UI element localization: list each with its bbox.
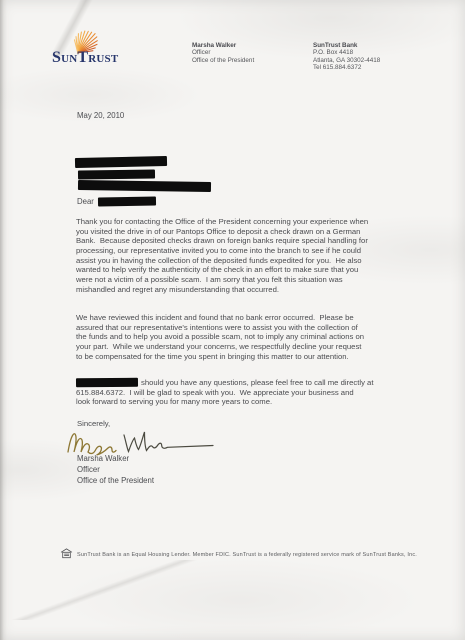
letterhead-bank-block: SunTrust Bank P.O. Box 4418 Atlanta, GA … <box>313 42 380 72</box>
bank-po-box: P.O. Box 4418 <box>313 49 380 56</box>
officer-title: Officer <box>192 49 254 56</box>
officer-name: Marsha Walker <box>192 42 254 49</box>
typed-signature-block: Marsha Walker Officer Office of the Pres… <box>77 453 154 486</box>
suntrust-logo: SunTrust <box>52 22 162 74</box>
redacted-address-line-1 <box>75 156 167 168</box>
officer-department: Office of the President <box>192 57 254 64</box>
bank-city-state-zip: Atlanta, GA 30302-4418 <box>313 57 380 64</box>
equal-housing-lender-icon <box>60 548 73 559</box>
scanned-letter-page: SunTrust Marsha Walker Officer Office of… <box>0 0 465 640</box>
footer-legal-text: SunTrust Bank is an Equal Housing Lender… <box>77 548 417 558</box>
redacted-address-line-3 <box>78 180 211 192</box>
bank-name: SunTrust Bank <box>313 42 380 49</box>
salutation-line: Dear <box>77 197 156 206</box>
bank-telephone: Tel 615.884.6372 <box>313 64 380 71</box>
paragraph-1: Thank you for contacting the Office of t… <box>76 217 432 294</box>
redacted-recipient-name-inline <box>76 378 138 387</box>
redacted-recipient-name <box>98 196 156 206</box>
paper-crease <box>0 560 214 620</box>
signer-name: Marsha Walker <box>77 453 154 464</box>
letter-date: May 20, 2010 <box>77 111 124 120</box>
salutation-prefix: Dear <box>77 197 94 206</box>
suntrust-wordmark: SunTrust <box>52 49 118 67</box>
signer-title: Officer <box>77 464 154 475</box>
paragraph-3: should you have any questions, please fe… <box>76 378 432 407</box>
paragraph-2: We have reviewed this incident and found… <box>76 313 432 361</box>
redacted-address-line-2 <box>78 169 155 179</box>
letterhead-officer-block: Marsha Walker Officer Office of the Pres… <box>192 42 254 64</box>
scan-edge <box>0 0 7 640</box>
signer-department: Office of the President <box>77 475 154 486</box>
footer-legal-line: SunTrust Bank is an Equal Housing Lender… <box>60 548 417 559</box>
